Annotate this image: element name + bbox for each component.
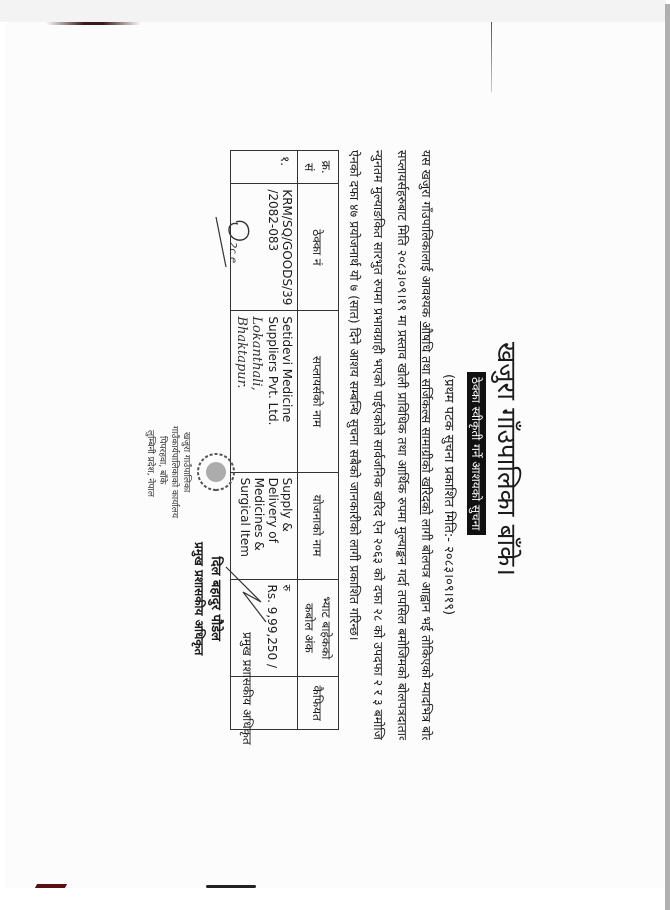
signatory-block: दिल बहादुर पौडेल प्रमुख प्रशासकीय अधिकृत: [191, 542, 226, 655]
paragraph-line: सप्लायर्सहरुबाट मिति २०८३।०९।१९ मा प्रस्…: [390, 150, 414, 740]
notice-title: खजुरा गाँउपालिका बाँके।: [490, 342, 526, 576]
paragraph-text: लागी बोलपत्र आह्वान भई तोकिएको म्यादभित्…: [419, 515, 434, 740]
signatory-title: प्रमुख प्रशासकीय अधिकृत: [191, 542, 208, 655]
page-edge-shadow: [35, 884, 67, 888]
vertical-scrollbar[interactable]: [665, 4, 670, 910]
page-edge-shadow: [206, 885, 256, 888]
paragraph-underlined-text: औषधि तथा सर्जिकल्स सामाग्रीको खरिदको: [419, 321, 434, 515]
header-contract-no: ठेक्का नं: [298, 184, 339, 311]
publication-date-note: (प्रथम पटक सुचना प्रकाशित मिति:- २०८३।०९…: [441, 374, 459, 615]
header-plan-name: योजनाको नाम: [298, 472, 339, 579]
notice-document: खजुरा गाँउपालिका बाँके। ठेक्का स्वीकृती …: [6, 22, 664, 882]
header-supplier-name: सप्लायर्सको नाम: [298, 311, 339, 472]
stamp-line: लुम्बिनी प्रदेश, नेपाल: [145, 430, 157, 498]
scanned-page: खजुरा गाँउपालिका बाँके। ठेक्का स्वीकृती …: [6, 22, 664, 888]
stamp-line: गाउँकार्यपालिकाको कार्यालय: [169, 426, 181, 519]
scrollbar-thumb[interactable]: [665, 4, 670, 910]
svg-text:2c e: 2c e: [227, 242, 238, 263]
header-serial-no: क्र. सं: [298, 151, 339, 184]
document-viewer: खजुरा गाँउपालिका बाँके। ठेक्का स्वीकृती …: [0, 0, 670, 910]
notice-paragraph: यस खजुरा गाँउपालिकालाई आवश्यक औषधि तथा स…: [342, 150, 438, 740]
header-remarks: कैफियत: [298, 677, 339, 730]
paragraph-line: यस खजुरा गाँउपालिकालाई आवश्यक औषधि तथा स…: [414, 150, 438, 740]
header-bid-amount: भ्याट बाहेकको कबोल अंक: [298, 579, 339, 677]
notice-subtitle: ठेक्का स्वीकृती गर्ने आशयको सुचना: [467, 372, 486, 535]
paragraph-line: ऐनको दफा ४७ प्रयोजनार्थ यो ७ (सात) दिने …: [342, 150, 366, 740]
signature: [221, 562, 271, 632]
viewer-top-bar: [0, 0, 666, 22]
official-stamp: खजुरा गाउँपालिका गाउँकार्यपालिकाको कार्य…: [136, 412, 256, 532]
currency-mark: रु: [279, 585, 294, 672]
cell-serial-no: १.: [231, 151, 298, 184]
rotated-content: खजुरा गाँउपालिका बाँके। ठेक्का स्वीकृती …: [6, 22, 664, 882]
signatory-name: दिल बहादुर पौडेल: [208, 542, 226, 655]
table-header-row: क्र. सं ठेक्का नं सप्लायर्सको नाम योजनाक…: [298, 151, 339, 730]
paragraph-line: न्युनतम मुल्याङकित सारभुत रुपमा प्रभावग्…: [366, 150, 390, 740]
handwritten-initials: 2c e: [196, 212, 256, 272]
stamp-line: पिपरहवा, बाँके: [157, 436, 169, 486]
officer-label: प्रमुख प्रशासकीय अधिकृत: [239, 632, 256, 745]
paragraph-text: यस खजुरा गाँउपालिकालाई आवश्यक: [419, 150, 434, 321]
supplier-name: Setidevi Medicine Suppliers Pvt. Ltd.: [266, 316, 294, 425]
stamp-line: खजुरा गाउँपालिका: [181, 432, 193, 493]
